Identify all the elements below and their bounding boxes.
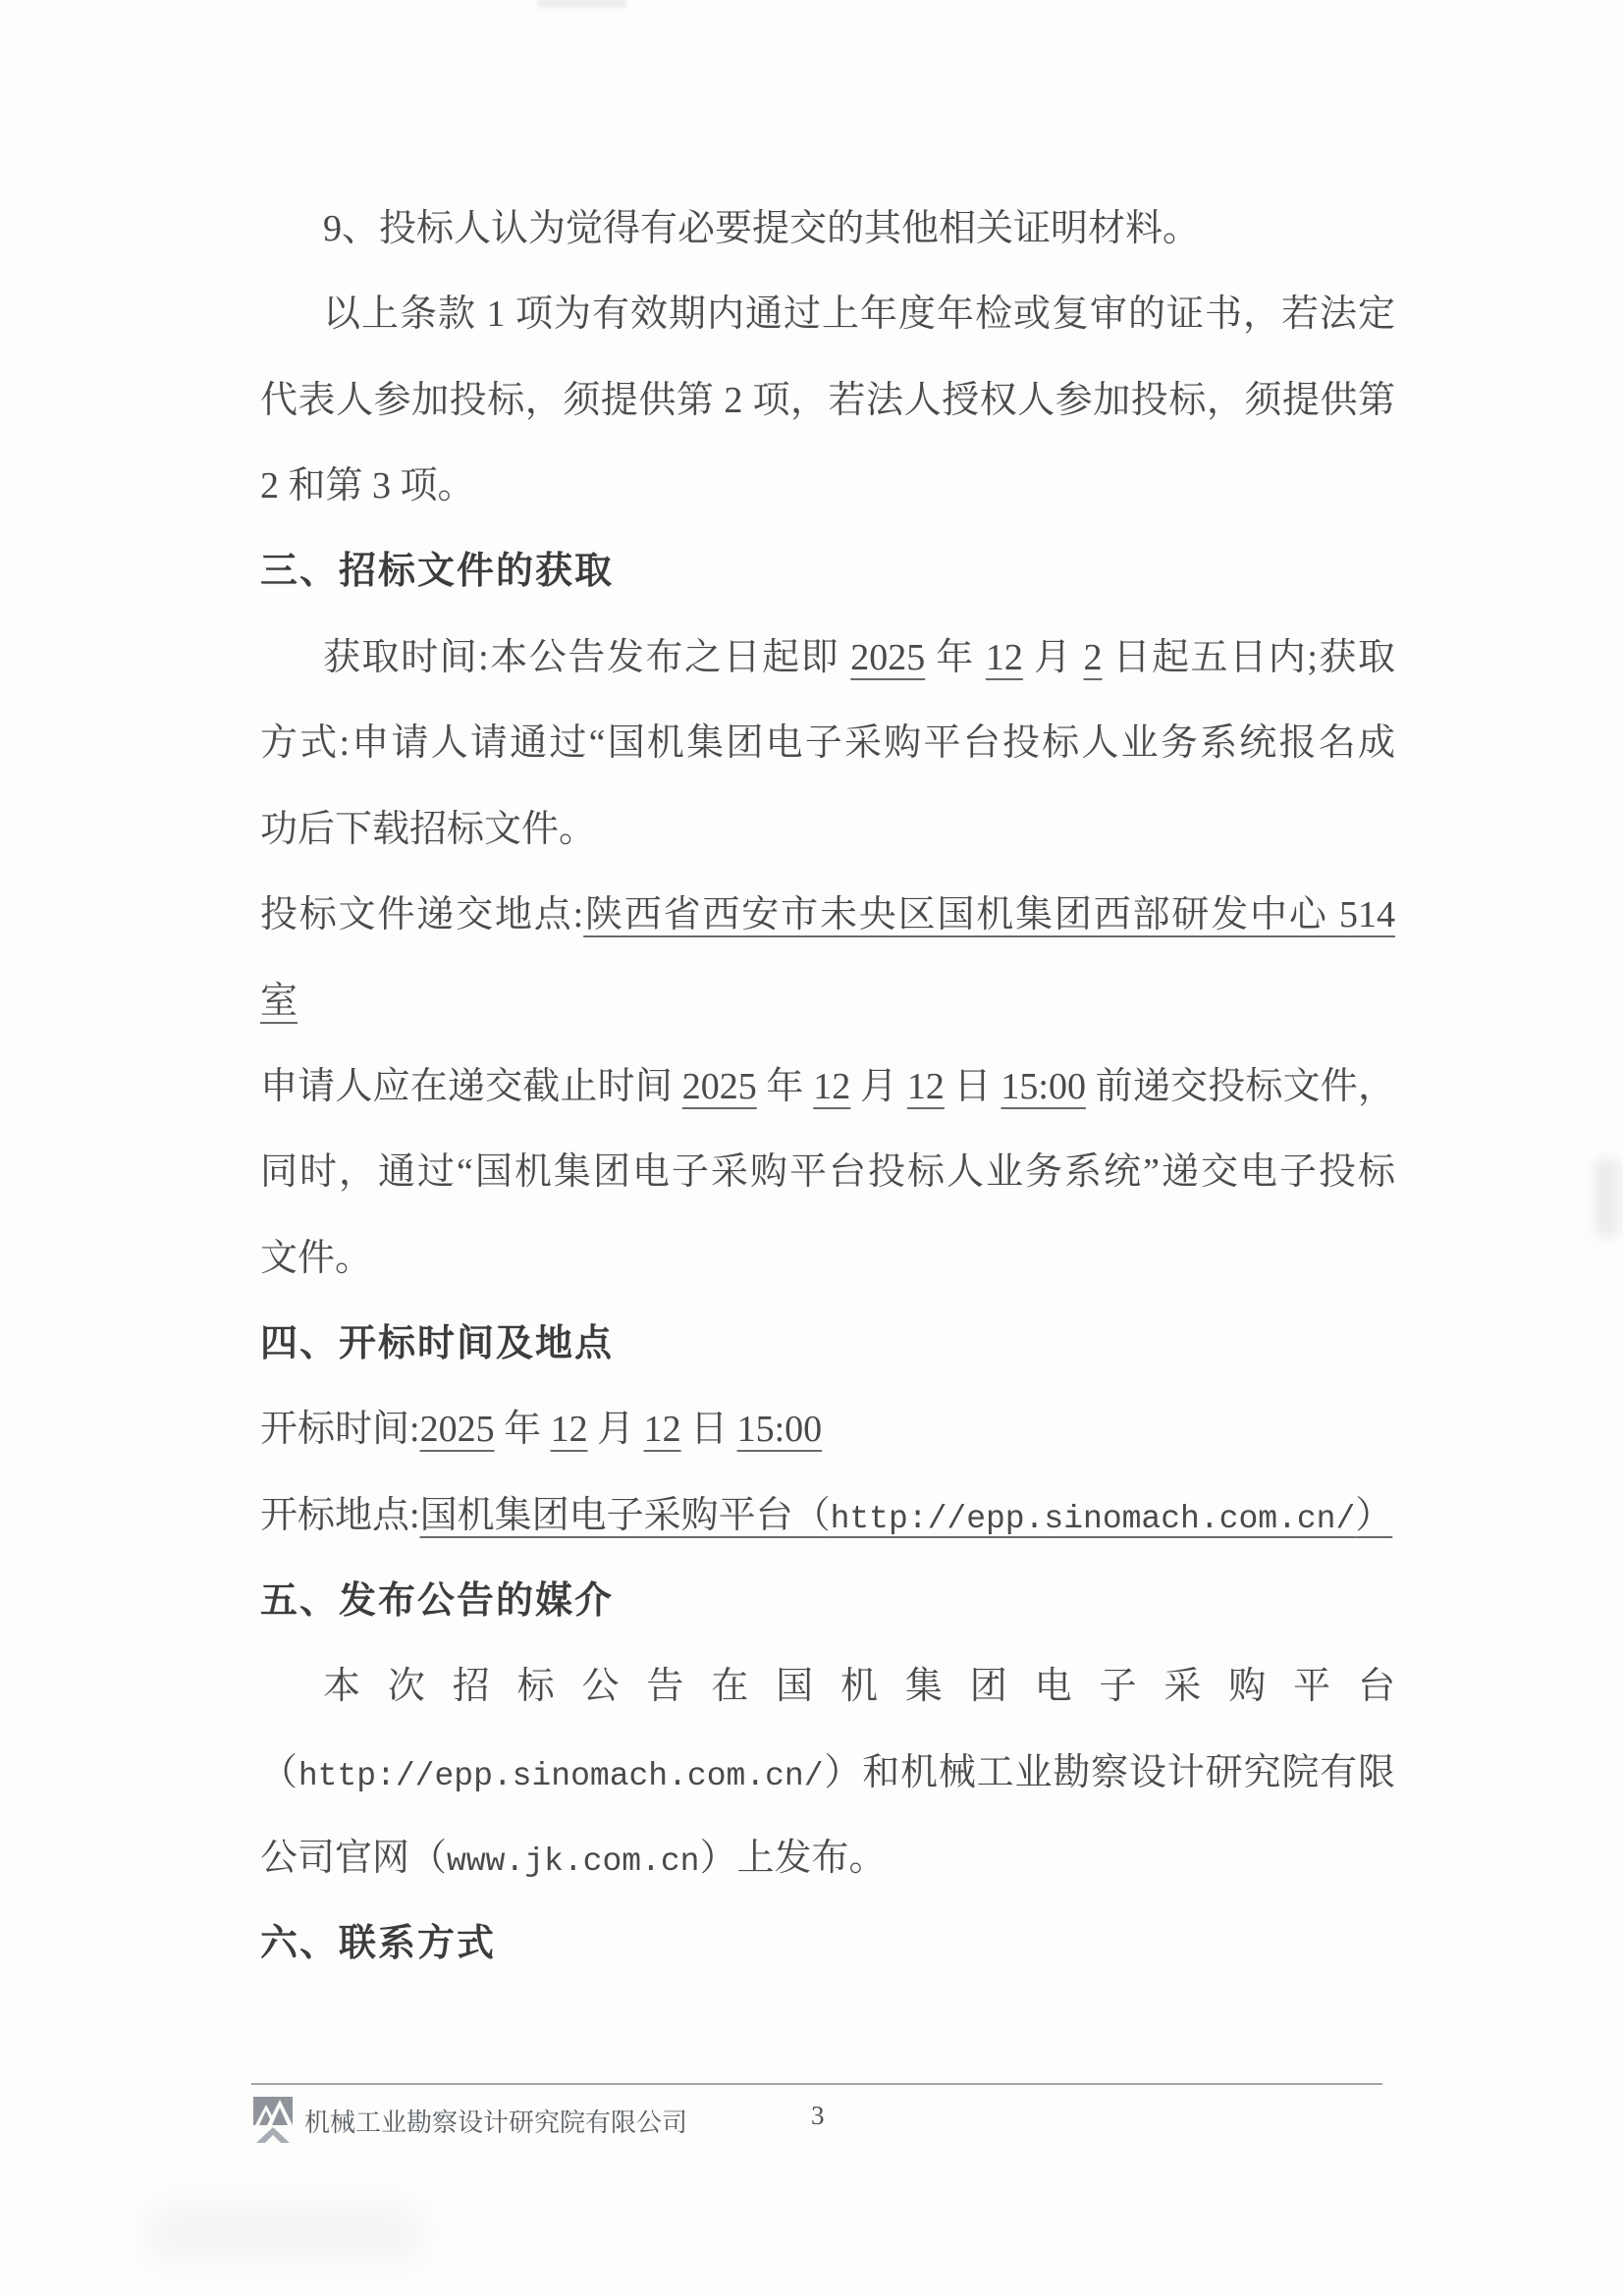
media-url-open-paren: （ bbox=[260, 1752, 298, 1793]
obtain-month-unit: 月 bbox=[1023, 637, 1084, 678]
bid-open-time-label: 开标时间: bbox=[260, 1409, 420, 1450]
deadline-month-unit: 月 bbox=[850, 1066, 907, 1107]
open-clock-value: 15:00 bbox=[737, 1409, 823, 1450]
page-number: 3 bbox=[811, 2101, 825, 2131]
obtain-year-unit: 年 bbox=[925, 637, 986, 678]
deadline-month-value: 12 bbox=[813, 1066, 850, 1107]
bid-open-place-line: 开标地点:国机集团电子采购平台（http://epp.sinomach.com.… bbox=[260, 1493, 1395, 1542]
media-paragraph-line-1: 本次招标公告在国机集团电子采购平台 bbox=[260, 1664, 1395, 1709]
submit-deadline-line: 申请人应在递交截止时间 2025 年 12 月 12 日 15:00 前递交投标… bbox=[260, 1064, 1395, 1109]
submit-address-line-2: 室 bbox=[260, 979, 1395, 1024]
obtain-day-value: 2 bbox=[1084, 637, 1103, 678]
submit-address-label: 投标文件递交地点: bbox=[260, 894, 583, 935]
obtain-method-line-1: 方式:申请人请通过“国机集团电子采购平台投标人业务系统报名成 bbox=[260, 721, 1395, 766]
deadline-day-unit: 日 bbox=[945, 1066, 1001, 1107]
section-heading-5: 五、发布公告的媒介 bbox=[260, 1578, 1395, 1624]
paragraph-clause-note-line-2: 代表人参加投标，须提供第 2 项，若法人授权人参加投标，须提供第 bbox=[260, 378, 1395, 423]
company-logo-icon bbox=[253, 2097, 293, 2144]
open-year-unit: 年 bbox=[495, 1409, 551, 1450]
deadline-day-value: 12 bbox=[907, 1066, 945, 1107]
media-paragraph-tail: ）上发布。 bbox=[699, 1838, 886, 1879]
paragraph-clause-note-line-3: 2 和第 3 项。 bbox=[260, 463, 1395, 508]
deadline-clock-value: 15:00 bbox=[1001, 1066, 1086, 1107]
company-site-label: 公司官网（ bbox=[260, 1838, 447, 1879]
submit-address-value: 陕西省西安市未央区国机集团西部研发中心 514 bbox=[583, 894, 1395, 935]
open-month-value: 12 bbox=[551, 1409, 588, 1450]
scanned-document-page: 9、投标人认为觉得有必要提交的其他相关证明材料。 以上条款 1 项为有效期内通过… bbox=[0, 0, 1623, 2296]
scan-smudge bbox=[1595, 1158, 1620, 1237]
obtain-time-line: 获取时间:本公告发布之日起即 2025 年 12 月 2 日起五日内;获取 bbox=[260, 635, 1395, 680]
bid-open-place-close-paren: ） bbox=[1355, 1495, 1392, 1536]
obtain-time-tail: 日起五日内;获取 bbox=[1103, 637, 1395, 678]
bid-open-place-value: 国机集团电子采购平台（ bbox=[420, 1495, 831, 1536]
section-heading-6: 六、联系方式 bbox=[260, 1921, 1395, 1966]
open-month-unit: 月 bbox=[588, 1409, 644, 1450]
deadline-year-unit: 年 bbox=[757, 1066, 814, 1107]
bid-open-place-label: 开标地点: bbox=[260, 1495, 420, 1536]
paragraph-item-9: 9、投标人认为觉得有必要提交的其他相关证明材料。 bbox=[260, 206, 1395, 251]
scan-smudge bbox=[538, 0, 626, 7]
obtain-method-line-2: 功后下载招标文件。 bbox=[260, 807, 1395, 852]
platform-url-text: http://epp.sinomach.com.cn/ bbox=[831, 1501, 1356, 1537]
footer: 机械工业勘察设计研究院有限公司 bbox=[253, 2097, 687, 2144]
platform-url-text-2: http://epp.sinomach.com.cn/ bbox=[298, 1758, 824, 1794]
deadline-year-value: 2025 bbox=[682, 1066, 757, 1107]
open-day-unit: 日 bbox=[681, 1409, 737, 1450]
obtain-year-value: 2025 bbox=[850, 637, 925, 678]
obtain-month-value: 12 bbox=[986, 637, 1023, 678]
electronic-submit-line-1: 同时，通过“国机集团电子采购平台投标人业务系统”递交电子投标 bbox=[260, 1149, 1395, 1195]
media-paragraph-text: ）和机械工业勘察设计研究院有限 bbox=[824, 1752, 1395, 1793]
section-heading-3: 三、招标文件的获取 bbox=[260, 549, 1395, 594]
submit-deadline-text: 申请人应在递交截止时间 bbox=[260, 1066, 682, 1107]
open-year-value: 2025 bbox=[420, 1409, 495, 1450]
open-day-value: 12 bbox=[644, 1409, 681, 1450]
submit-deadline-tail: 前递交投标文件， bbox=[1086, 1066, 1395, 1107]
submit-address-value-cont: 室 bbox=[260, 981, 298, 1022]
media-paragraph-line-3: 公司官网（www.jk.com.cn）上发布。 bbox=[260, 1836, 1395, 1885]
bid-open-time-line: 开标时间:2025 年 12 月 12 日 15:00 bbox=[260, 1407, 1395, 1452]
section-heading-4: 四、开标时间及地点 bbox=[260, 1321, 1395, 1366]
electronic-submit-line-2: 文件。 bbox=[260, 1236, 1395, 1281]
media-paragraph-line-2: （http://epp.sinomach.com.cn/）和机械工业勘察设计研究… bbox=[260, 1750, 1395, 1799]
obtain-time-text: 获取时间:本公告发布之日起即 bbox=[323, 637, 850, 678]
paragraph-clause-note-line-1: 以上条款 1 项为有效期内通过上年度年检或复审的证书，若法定 bbox=[260, 292, 1395, 337]
scan-smudge bbox=[147, 2204, 422, 2263]
footer-company-name: 机械工业勘察设计研究院有限公司 bbox=[304, 2103, 687, 2139]
submit-address-line-1: 投标文件递交地点:陕西省西安市未央区国机集团西部研发中心 514 bbox=[260, 892, 1395, 937]
footer-divider bbox=[251, 2083, 1382, 2085]
company-site-url-text: www.jk.com.cn bbox=[447, 1843, 699, 1880]
